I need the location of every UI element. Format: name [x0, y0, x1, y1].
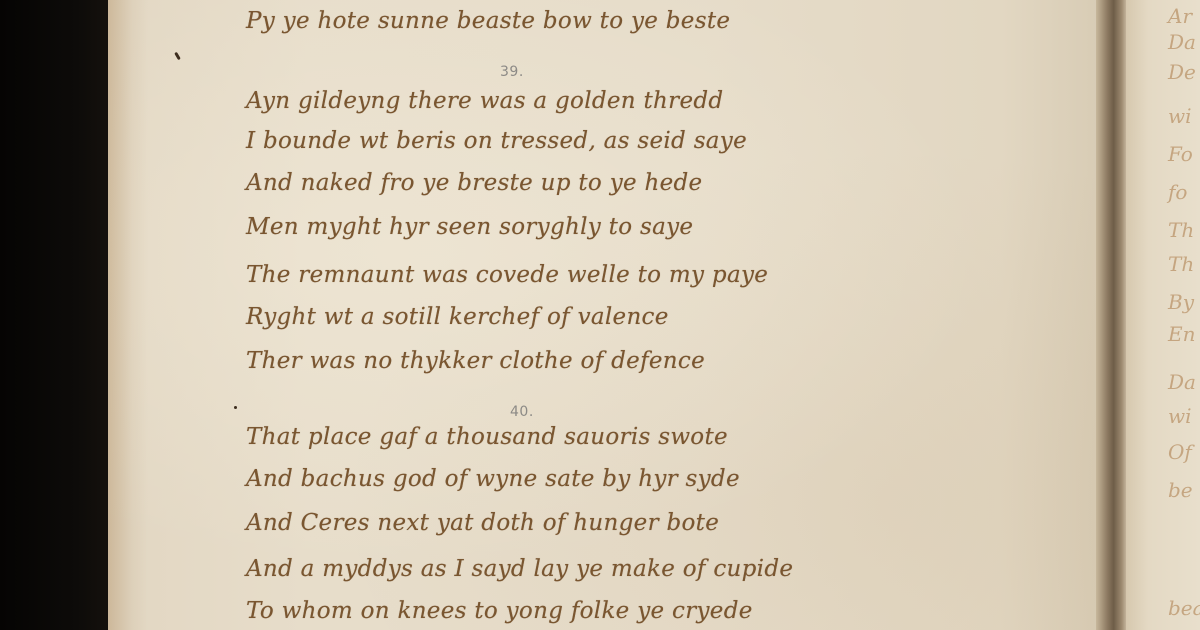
facing-text-fragment: Th: [1168, 252, 1194, 276]
facing-text-fragment: De: [1168, 60, 1196, 84]
binding-gutter: [1096, 0, 1128, 630]
text-line: Men myght hyr seen soryghly to saye: [246, 214, 693, 240]
facing-text-fragment: wi: [1168, 104, 1192, 128]
text-line: To whom on knees to yong folke ye cryede: [246, 598, 753, 624]
page-edge-shading: [108, 0, 148, 630]
text-line: I bounde wt beris on tressed, as seid sa…: [246, 128, 747, 154]
black-backdrop: [0, 0, 110, 630]
facing-text-fragment: En: [1168, 322, 1195, 346]
text-line: Ayn gildeyng there was a golden thredd: [246, 88, 723, 114]
text-line: And Ceres next yat doth of hunger bote: [246, 510, 719, 536]
facing-text-fragment: be: [1168, 478, 1193, 502]
text-line: And a myddys as I sayd lay ye make of cu…: [246, 556, 793, 582]
text-line: That place gaf a thousand sauoris swote: [246, 424, 728, 450]
facing-text-fragment: Da: [1168, 30, 1196, 54]
facing-text-fragment: Of: [1168, 440, 1192, 464]
facing-text-fragment: Fo: [1168, 142, 1193, 166]
text-line: Ther was no thykker clothe of defence: [246, 348, 705, 374]
ink-speck: [234, 406, 237, 409]
facing-text-fragment: By: [1168, 290, 1194, 314]
folio-number-40: 40.: [510, 404, 534, 420]
facing-text-fragment: Th: [1168, 218, 1194, 242]
text-line: And naked fro ye breste up to ye hede: [246, 170, 702, 196]
text-line: And bachus god of wyne sate by hyr syde: [246, 466, 740, 492]
facing-page: [1126, 0, 1200, 630]
facing-text-fragment: Da: [1168, 370, 1196, 394]
manuscript-photo: Py ye hote sunne beaste bow to ye beste …: [0, 0, 1200, 630]
text-line-top: Py ye hote sunne beaste bow to ye beste: [246, 8, 730, 34]
text-line: The remnaunt was covede welle to my paye: [246, 262, 768, 288]
facing-text-fragment: wi: [1168, 404, 1192, 428]
facing-text-fragment: Ar: [1168, 4, 1192, 28]
text-line: Ryght wt a sotill kerchef of valence: [246, 304, 669, 330]
folio-number-39: 39.: [500, 64, 524, 80]
facing-text-fragment: bea: [1168, 596, 1200, 620]
facing-text-fragment: fo: [1168, 180, 1187, 204]
